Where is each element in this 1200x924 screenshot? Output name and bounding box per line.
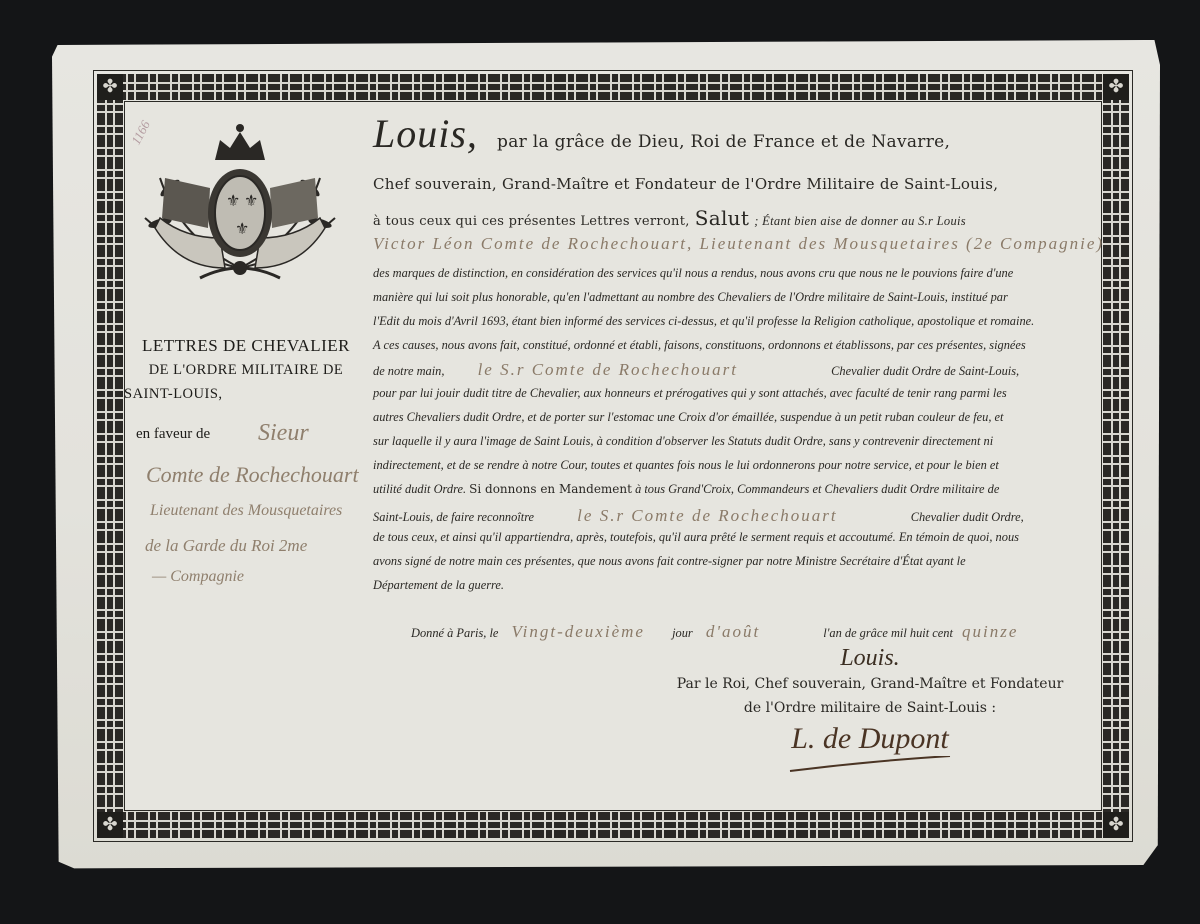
- handwritten-name: le S.r Comte de Rochechouart: [478, 360, 738, 379]
- fleuron-icon: ✤: [97, 74, 123, 100]
- date-line: Donné à Paris, le Vingt-deuxième jour d'…: [411, 622, 1018, 642]
- body-line-16: de tous ceux, et ainsi qu'il appartiendr…: [373, 530, 1019, 545]
- fleuron-icon: ✤: [97, 812, 123, 838]
- greek-key-border-bottom: [123, 812, 1103, 838]
- handwritten-recipient-line: Victor Léon Comte de Rochechouart, Lieut…: [373, 234, 1104, 254]
- mandement-text: Si donnons en Mandement: [469, 482, 632, 496]
- handwritten-recipient-5: — Compagnie: [152, 568, 244, 586]
- royal-coat-of-arms-icon: ⚜ ⚜ ⚜: [140, 118, 340, 293]
- text-span: Saint-Louis, de faire reconnoître: [373, 510, 534, 524]
- greek-key-border-top: [123, 74, 1103, 100]
- body-line-2: Chef souverain, Grand-Maître et Fondateu…: [373, 175, 998, 193]
- text-span: Chevalier dudit Ordre,: [911, 510, 1024, 524]
- body-line-3: à tous ceux qui ces présentes Lettres ve…: [373, 206, 966, 230]
- body-line-13: indirectement, et de se rendre à notre C…: [373, 458, 999, 473]
- intent-text: ; Étant bien aise de donner au S.r Louis: [754, 214, 966, 228]
- body-line-6: manière qui lui soit plus honorable, qu'…: [373, 290, 1008, 305]
- text-span: de notre main,: [373, 364, 444, 378]
- body-line-8: A ces causes, nous avons fait, constitué…: [373, 338, 1026, 353]
- body-line-7: l'Edit du mois d'Avril 1693, étant bien …: [373, 314, 1034, 329]
- text-span: Donné à Paris, le: [411, 626, 498, 640]
- body-line-5: des marques de distinction, en considéra…: [373, 266, 1013, 281]
- handwritten-recipient-1: Sieur: [258, 420, 309, 447]
- greek-key-border-left: [97, 100, 123, 812]
- body-line-17: avons signé de notre main ces présentes,…: [373, 554, 966, 569]
- countersign-line-2: de l'Ordre militaire de Saint-Louis :: [650, 696, 1090, 720]
- signature-block: Louis. Par le Roi, Chef souverain, Grand…: [650, 645, 1090, 776]
- svg-text:⚜: ⚜: [244, 191, 258, 210]
- fleuron-icon: ✤: [1103, 812, 1129, 838]
- king-name-heading: Louis,: [373, 111, 478, 156]
- handwritten-recipient-4: de la Garde du Roi 2me: [145, 536, 307, 556]
- handwritten-year: quinze: [962, 622, 1018, 641]
- body-line-1: Louis, par la grâce de Dieu, Roi de Fran…: [373, 110, 950, 157]
- body-line-14: utilité dudit Ordre. Si donnons en Mande…: [373, 482, 999, 497]
- text-span: Chevalier dudit Ordre de Saint-Louis,: [831, 364, 1019, 378]
- fleuron-icon: ✤: [1103, 74, 1129, 100]
- handwritten-recipient-2: Comte de Rochechouart: [146, 462, 359, 488]
- body-line-9: de notre main, le S.r Comte de Rochechou…: [373, 360, 1019, 380]
- title-line-2: DE L'ORDRE MILITAIRE DE: [118, 358, 374, 382]
- minister-signature: L. de Dupont: [650, 722, 1090, 756]
- favour-label: en faveur de: [136, 426, 210, 443]
- handwritten-day: Vingt-deuxième: [512, 622, 645, 641]
- title-line-1: LETTRES DE CHEVALIER: [118, 334, 374, 358]
- text-span: jour: [672, 626, 693, 640]
- address-text: à tous ceux qui ces présentes Lettres ve…: [373, 214, 690, 229]
- handwritten-name: le S.r Comte de Rochechouart: [577, 506, 837, 525]
- text-span: utilité dudit Ordre.: [373, 482, 466, 496]
- title-line-3: SAINT-LOUIS,: [118, 382, 374, 406]
- salut-text: Salut: [695, 206, 749, 230]
- handwritten-month: d'août: [706, 622, 760, 641]
- svg-text:⚜: ⚜: [235, 219, 249, 238]
- document-title: LETTRES DE CHEVALIER DE L'ORDRE MILITAIR…: [118, 334, 374, 406]
- body-line-10: pour par lui jouir dudit titre de Cheval…: [373, 386, 1007, 401]
- body-line-18: Département de la guerre.: [373, 578, 504, 593]
- handwritten-recipient-3: Lieutenant des Mousquetaires: [150, 502, 342, 520]
- countersign-line-1: Par le Roi, Chef souverain, Grand-Maître…: [650, 672, 1090, 696]
- text-span: l'an de grâce mil huit cent: [823, 626, 953, 640]
- signature-flourish-icon: [770, 756, 970, 776]
- body-line-11: autres Chevaliers dudit Ordre, et de por…: [373, 410, 1003, 425]
- king-title-text: par la grâce de Dieu, Roi de France et d…: [497, 132, 950, 152]
- greek-key-border-right: [1103, 100, 1129, 812]
- text-span: à tous Grand'Croix, Commandeurs et Cheva…: [635, 482, 999, 496]
- svg-text:⚜: ⚜: [226, 191, 240, 210]
- body-line-15: Saint-Louis, de faire reconnoître le S.r…: [373, 506, 1024, 526]
- king-signature: Louis.: [650, 645, 1090, 672]
- body-line-12: sur laquelle il y aura l'image de Saint …: [373, 434, 993, 449]
